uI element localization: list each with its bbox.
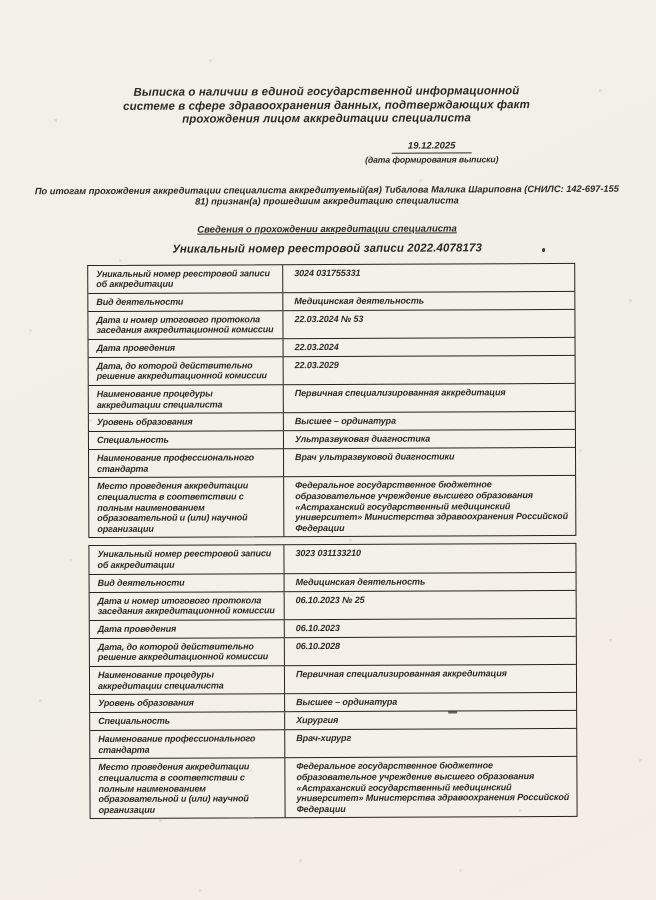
row-label: Вид деятельности <box>90 574 285 592</box>
table-row: Дата проведения22.03.2024 <box>89 337 575 357</box>
table-row: Дата и номер итогового протокола заседан… <box>90 590 576 620</box>
table-row: Наименование профессионального стандарта… <box>90 728 576 758</box>
document-title-line: прохождения лицом аккредитации специалис… <box>67 112 587 128</box>
row-value: Федеральное государственное бюджетное об… <box>284 476 575 536</box>
row-value: 3024 031755331 <box>283 263 574 291</box>
table-row: Наименование процедуры аккредитации спец… <box>90 664 576 694</box>
table-row: Место проведения аккредитации специалист… <box>90 756 576 818</box>
table-row: Уровень образованияВысшее – ординатура <box>89 411 575 431</box>
row-value: Врач-хирург <box>285 729 576 757</box>
table-row: Наименование процедуры аккредитации спец… <box>89 383 575 413</box>
row-label: Дата и номер итогового протокола заседан… <box>88 311 283 339</box>
row-label: Вид деятельности <box>88 293 283 311</box>
row-value: 22.03.2029 <box>284 356 575 384</box>
accreditation-table-1: Уникальный номер реестровой записи об ак… <box>87 262 576 538</box>
table-row: Уникальный номер реестровой записи об ак… <box>88 263 574 292</box>
table-row: СпециальностьХирургия <box>90 710 576 730</box>
row-value: Медицинская деятельность <box>285 573 576 591</box>
accreditation-table-2: Уникальный номер реестровой записи об ак… <box>88 543 577 819</box>
row-label: Дата, до которой действительно решение а… <box>90 638 285 666</box>
row-label: Место проведения аккредитации специалист… <box>89 478 284 538</box>
scanned-document-page: Выписка о наличии в единой государственн… <box>0 0 656 900</box>
row-label: Специальность <box>90 712 285 730</box>
row-label: Дата и номер итогового протокола заседан… <box>90 592 285 620</box>
table-row: Вид деятельностиМедицинская деятельность <box>88 291 574 311</box>
row-label: Уровень образования <box>90 694 285 712</box>
table-row: Место проведения аккредитации специалист… <box>89 475 575 537</box>
scan-artifact-dot <box>542 248 545 252</box>
row-value: 06.10.2023 <box>285 619 576 637</box>
row-value: Высшее – ординатура <box>285 693 576 711</box>
table-row: Уникальный номер реестровой записи об ак… <box>89 544 575 573</box>
row-label: Уровень образования <box>89 413 284 431</box>
row-value: 22.03.2024 <box>284 338 575 356</box>
table-row: Дата и номер итогового протокола заседан… <box>88 309 574 339</box>
table-row: Наименование профессионального стандарта… <box>89 447 575 477</box>
extract-date-caption: (дата формирования выписки) <box>351 154 513 165</box>
row-label: Дата, до которой действительно решение а… <box>89 357 284 385</box>
table-row: СпециальностьУльтразвуковая диагностика <box>89 429 575 449</box>
intro-paragraph: По итогам прохождения аккредитации специ… <box>27 183 627 208</box>
row-label: Дата проведения <box>89 339 284 357</box>
extract-date: 19.12.2025 <box>392 140 472 153</box>
table-row: Дата, до которой действительно решение а… <box>90 636 576 666</box>
extract-date-block: 19.12.2025 (дата формирования выписки) <box>351 140 513 165</box>
row-label: Наименование профессионального стандарта <box>89 449 284 477</box>
row-value: 06.10.2028 <box>285 637 576 665</box>
row-label: Наименование процедуры аккредитации спец… <box>90 666 285 694</box>
table-row: Вид деятельностиМедицинская деятельность <box>90 572 576 592</box>
section-heading: Сведения о прохождении аккредитации спец… <box>0 222 655 236</box>
row-value: Первичная специализированная аккредитаци… <box>284 384 575 412</box>
document-title: Выписка о наличии в единой государственн… <box>66 85 586 128</box>
row-label: Специальность <box>89 431 284 449</box>
row-label: Дата проведения <box>90 620 285 638</box>
row-value: Хирургия <box>285 711 576 729</box>
document-title-line: системе в сфере здравоохранения данных, … <box>66 98 586 114</box>
row-label: Место проведения аккредитации специалист… <box>90 759 285 819</box>
row-value: Федеральное государственное бюджетное об… <box>285 757 576 817</box>
table-row: Дата проведения06.10.2023 <box>90 618 576 638</box>
row-value: Ультразвуковая диагностика <box>284 430 575 448</box>
row-label: Наименование процедуры аккредитации спец… <box>89 385 284 413</box>
row-label: Уникальный номер реестровой записи об ак… <box>89 546 284 574</box>
row-label: Уникальный номер реестровой записи об ак… <box>88 265 283 293</box>
table-row: Уровень образованияВысшее – ординатура <box>90 692 576 712</box>
record-number-heading: Уникальный номер реестровой записи 2022.… <box>0 241 655 256</box>
row-value: Первичная специализированная аккредитаци… <box>285 665 576 693</box>
row-value: 06.10.2023 № 25 <box>285 591 576 619</box>
table-row: Дата, до которой действительно решение а… <box>89 355 575 385</box>
row-value: 22.03.2024 № 53 <box>283 310 574 338</box>
row-value: 3023 031133210 <box>284 544 575 572</box>
row-value: Медицинская деятельность <box>283 292 574 310</box>
row-value: Высшее – ординатура <box>284 412 575 430</box>
scan-artifact-dash <box>448 711 457 713</box>
row-label: Наименование профессионального стандарта <box>90 730 285 758</box>
row-value: Врач ультразвуковой диагностики <box>284 448 575 476</box>
